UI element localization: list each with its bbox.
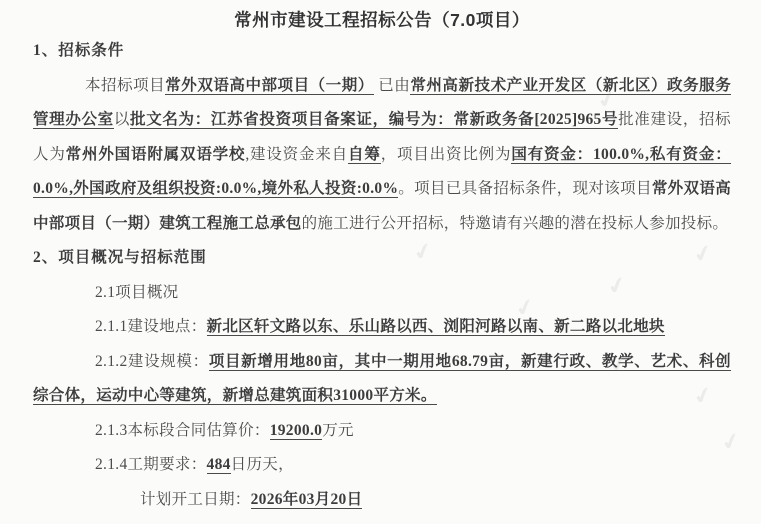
section-2-heading: 2、项目概况与招标范围: [33, 241, 731, 276]
text-run: 的施工进行公开招标，特邀请有兴趣的潜在投标人参加投标。: [302, 215, 729, 232]
text-run: 2.1项目概况: [95, 284, 178, 301]
text-run: 1、招标条件: [33, 42, 124, 59]
text-run: 万元: [322, 422, 354, 439]
text-run: ，项目出资比例为: [381, 146, 512, 163]
text-run: 以: [114, 111, 130, 128]
text-run: 计划开工日期：: [140, 491, 251, 508]
planned-start-date-line: 计划开工日期：2026年03月20日: [33, 483, 731, 518]
document-title: 常州市建设工程招标公告（7.0项目）: [33, 6, 731, 34]
text-run: 2.1.3本标段合同估算价：: [95, 422, 270, 439]
text-run: 日历天，: [231, 456, 294, 473]
text-run: ,建设资金来自: [245, 146, 348, 163]
text-run: 484: [207, 456, 231, 474]
text-run: 2.1.1建设地点：: [95, 318, 207, 335]
item-2-1-1-construction-site: 2.1.1建设地点：新北区轩文路以东、乐山路以西、浏阳河路以南、新二路以北地块: [33, 310, 731, 345]
text-run: 本招标项目: [85, 77, 165, 94]
text-run: 2.1.2建设规模：: [95, 353, 209, 370]
text-run: 2、项目概况与招标范围: [33, 249, 207, 266]
text-run: 2026年03月20日: [251, 491, 363, 509]
item-2-1-project-overview: 2.1项目概况: [33, 276, 731, 311]
item-2-1-3-contract-estimate: 2.1.3本标段合同估算价：19200.0万元: [33, 414, 731, 449]
text-run: 常外双语高中部项目（一期）: [165, 77, 374, 95]
text-run: 已由: [374, 77, 411, 94]
document-page: 常州市建设工程招标公告（7.0项目） 1、招标条件 本招标项目常外双语高中部项目…: [0, 0, 761, 524]
text-run: 2.1.4工期要求：: [95, 456, 207, 473]
section-1-heading: 1、招标条件: [33, 34, 731, 69]
text-run: 19200.0: [270, 422, 322, 440]
text-run: 自筹: [348, 146, 381, 164]
section-1-body-paragraph: 本招标项目常外双语高中部项目（一期） 已由常州高新技术产业开发区（新北区）政务服…: [33, 69, 731, 242]
text-run: 。项目已具备招标条件，现对该项目: [398, 180, 652, 197]
text-run: 常州外国语附属双语学校: [66, 146, 246, 163]
item-2-1-2-construction-scale: 2.1.2建设规模：项目新增用地80亩，其中一期用地68.79亩，新建行政、教学…: [33, 345, 731, 414]
item-2-1-4-construction-period: 2.1.4工期要求：484日历天，: [33, 448, 731, 483]
text-run: 批文名为：江苏省投资项目备案证，编号为：常新政务备[2025]965号: [130, 111, 618, 129]
text-run: 新北区轩文路以东、乐山路以西、浏阳河路以南、新二路以北地块: [207, 318, 665, 336]
